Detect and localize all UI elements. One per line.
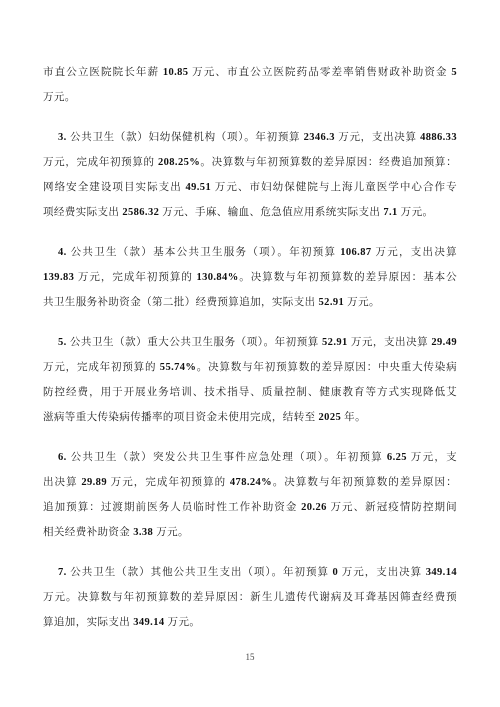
text-line: 6. 公共卫生（款）突发公共卫生事件应急处理（项）。年初预算 6.25 万元，支 [43, 445, 457, 470]
document-page: 市直公立医院院长年薪 10.85 万元、市直公立医院药品零差率销售财政补助资金 … [0, 0, 500, 707]
text-line: 139.83 万元，完成年初预算的 130.84%。决算数与年初预算数的差异原因… [43, 265, 457, 290]
text-line: 出决算 29.89 万元，完成年初预算的 478.24%。决算数与年初预算数的差… [43, 470, 457, 495]
text-line: 市直公立医院院长年薪 10.85 万元、市直公立医院药品零差率销售财政补助资金 … [43, 60, 457, 85]
paragraph-item-6: 6. 公共卫生（款）突发公共卫生事件应急处理（项）。年初预算 6.25 万元，支… [43, 445, 457, 545]
text-line: 算追加，实际支出 349.14 万元。 [43, 610, 457, 635]
text-line: 3. 公共卫生（款）妇幼保健机构（项）。年初预算 2346.3 万元，支出决算 … [43, 125, 457, 150]
paragraph-item-5: 5. 公共卫生（款）重大公共卫生服务（项）。年初预算 52.91 万元，支出决算… [43, 330, 457, 430]
paragraph-item-4: 4. 公共卫生（款）基本公共卫生服务（项）。年初预算 106.87 万元，支出决… [43, 240, 457, 315]
text-line: 项经费实际支出 2586.32 万元、手麻、输血、危急值应用系统实际支出 7.1… [43, 200, 457, 225]
text-line: 7. 公共卫生（款）其他公共卫生支出（项）。年初预算 0 万元，支出决算 349… [43, 560, 457, 585]
text-line: 4. 公共卫生（款）基本公共卫生服务（项）。年初预算 106.87 万元，支出决… [43, 240, 457, 265]
paragraph-item-3: 3. 公共卫生（款）妇幼保健机构（项）。年初预算 2346.3 万元，支出决算 … [43, 125, 457, 225]
page-number: 15 [0, 652, 500, 662]
paragraph-item-7: 7. 公共卫生（款）其他公共卫生支出（项）。年初预算 0 万元，支出决算 349… [43, 560, 457, 635]
text-line: 5. 公共卫生（款）重大公共卫生服务（项）。年初预算 52.91 万元，支出决算… [43, 330, 457, 355]
text-line: 万元，完成年初预算的 55.74%。决算数与年初预算数的差异原因：中央重大传染病 [43, 355, 457, 380]
document-body: 市直公立医院院长年薪 10.85 万元、市直公立医院药品零差率销售财政补助资金 … [43, 60, 457, 635]
text-line: 防控经费，用于开展业务培训、技术指导、质量控制、健康教育等方式实现降低艾 [43, 380, 457, 405]
text-line: 追加预算：过渡期前医务人员临时性工作补助资金 20.26 万元、新冠疫情防控期间 [43, 495, 457, 520]
text-line: 相关经费补助资金 3.38 万元。 [43, 520, 457, 545]
paragraph-continuation: 市直公立医院院长年薪 10.85 万元、市直公立医院药品零差率销售财政补助资金 … [43, 60, 457, 110]
text-line: 滋病等重大传染病传播率的项目资金未使用完成，结转至 2025 年。 [43, 405, 457, 430]
text-line: 共卫生服务补助资金（第二批）经费预算追加，实际支出 52.91 万元。 [43, 290, 457, 315]
text-line: 万元。 [43, 85, 457, 110]
text-line: 网络安全建设项目实际支出 49.51 万元、市妇幼保健院与上海儿童医学中心合作专 [43, 175, 457, 200]
text-line: 万元，完成年初预算的 208.25%。决算数与年初预算数的差异原因：经费追加预算… [43, 150, 457, 175]
text-line: 万元。决算数与年初预算数的差异原因：新生儿遗传代谢病及耳聋基因筛查经费预 [43, 585, 457, 610]
